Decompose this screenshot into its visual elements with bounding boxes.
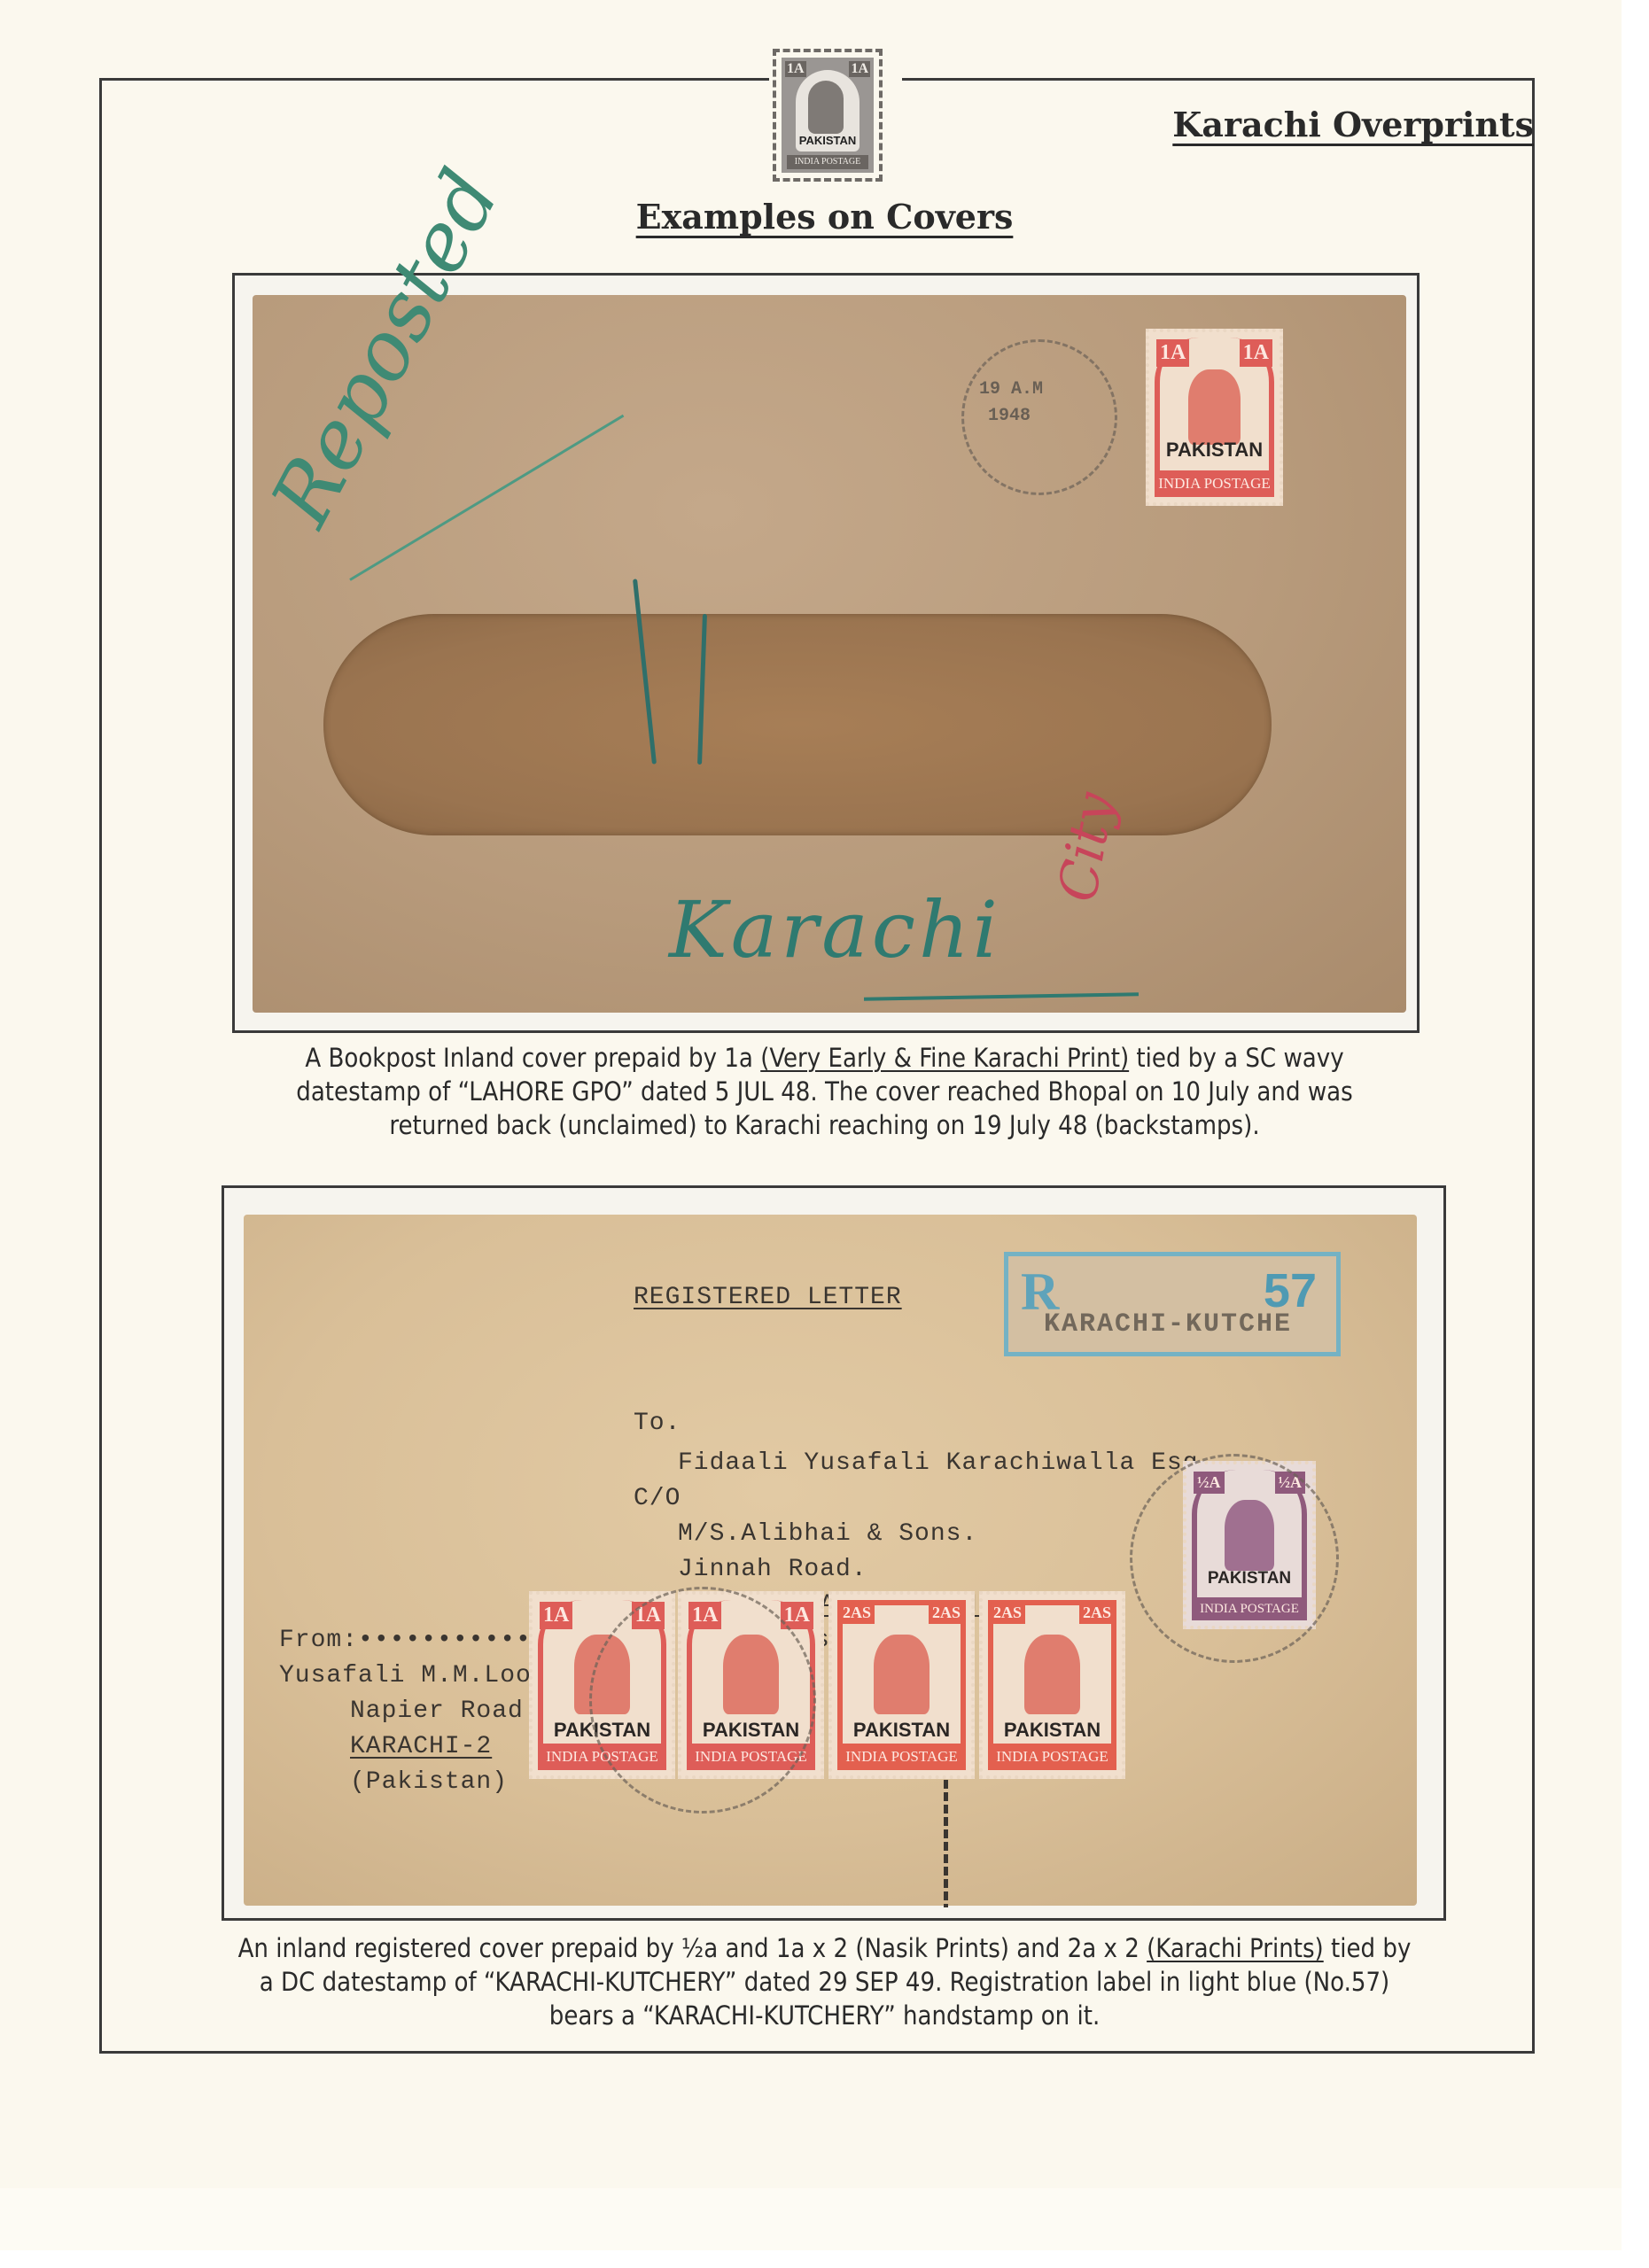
page-title: Karachi Overprints: [1172, 105, 1534, 144]
cover-1-caption: A Bookpost Inland cover prepaid by 1a (V…: [0, 1041, 1649, 1142]
envelope-window: [323, 614, 1272, 835]
registered-letter-heading: REGISTERED LETTER: [634, 1284, 902, 1311]
king-portrait-icon: [1024, 1635, 1080, 1714]
caption-text: An inland registered cover prepaid by ½a…: [238, 1933, 1147, 1963]
caption-underlined-text: (Very Early & Fine Karachi Print): [760, 1043, 1129, 1073]
caption-text: A Bookpost Inland cover prepaid by 1a: [305, 1043, 760, 1073]
page-bottom-edge: [0, 2188, 1622, 2250]
stamp-overprint: PAKISTAN: [983, 1719, 1122, 1742]
stamp-value: 1A: [1240, 339, 1272, 367]
care-of-label: C/O: [634, 1485, 681, 1512]
recipient-name: Fidaali Yusafali Karachiwalla Esq.: [678, 1449, 1214, 1477]
sender-address-line: Napier Road.: [350, 1697, 540, 1725]
postmark-circle: [589, 1587, 816, 1814]
stamp-value: 2AS: [1079, 1602, 1115, 1624]
stamp-label: INDIA POSTAGE: [1155, 470, 1274, 497]
cover-1-mount: Reposted Karachi City 19 A.M 1948 1A 1A …: [232, 273, 1420, 1033]
cover-2-caption: An inland registered cover prepaid by ½a…: [0, 1931, 1649, 2032]
handwritten-underline: [349, 415, 624, 581]
stamp-label: INDIA POSTAGE: [988, 1744, 1116, 1770]
cover-2-mount: REGISTERED LETTER R 57 KARACHI-KUTCHE To…: [222, 1185, 1446, 1921]
king-portrait-icon: [874, 1635, 930, 1714]
caption-underlined-text: (Karachi Prints): [1147, 1933, 1324, 1963]
cover-2-envelope: REGISTERED LETTER R 57 KARACHI-KUTCHE To…: [244, 1215, 1417, 1906]
king-portrait-icon: [1188, 369, 1241, 444]
stamp-value: 1A: [849, 61, 870, 77]
stamp-value: 2AS: [929, 1602, 964, 1624]
stamp-value: 1A: [1156, 339, 1189, 367]
stamp-1a: 1A 1A PAKISTAN INDIA POSTAGE: [1146, 329, 1283, 506]
header-stamp-image: 1A 1A PAKISTAN INDIA POSTAGE: [773, 49, 883, 182]
registration-label: R 57 KARACHI-KUTCHE: [1004, 1252, 1341, 1356]
stamp-overprint: PAKISTAN: [1149, 439, 1280, 462]
stamp-label: INDIA POSTAGE: [787, 155, 868, 169]
postmark-circle: [961, 339, 1117, 495]
stamp-value: 1A: [785, 61, 806, 77]
stamp-2as: 2AS 2AS PAKISTAN INDIA POSTAGE: [828, 1591, 975, 1779]
stamp-value: 2AS: [990, 1602, 1025, 1624]
sender-city: KARACHI-2: [350, 1733, 492, 1760]
stamp-2as: 2AS 2AS PAKISTAN INDIA POSTAGE: [979, 1591, 1125, 1779]
handwritten-underline: [864, 992, 1139, 1000]
handwritten-address: Karachi: [669, 884, 1001, 975]
recipient-address-line: Jinnah Road.: [678, 1556, 867, 1583]
postmark-circle: [1130, 1454, 1339, 1663]
postmark-text: 19 A.M: [979, 379, 1043, 400]
sender-country: (Pakistan): [350, 1768, 508, 1796]
from-label: From:: [279, 1627, 358, 1654]
stamp-overprint: PAKISTAN: [787, 134, 868, 147]
king-portrait-icon: [808, 81, 844, 134]
to-label: To.: [634, 1410, 681, 1437]
postmark-text: 1948: [988, 406, 1031, 426]
recipient-address-line: M/S.Alibhai & Sons.: [678, 1520, 977, 1548]
stamp-overprint: PAKISTAN: [832, 1719, 971, 1742]
page-subtitle: Examples on Covers: [0, 197, 1649, 237]
stamp-value: 1A: [540, 1602, 572, 1629]
cover-1-envelope: Reposted Karachi City 19 A.M 1948 1A 1A …: [253, 295, 1406, 1013]
stamp-value: 2AS: [839, 1602, 875, 1624]
stamp-label: INDIA POSTAGE: [837, 1744, 966, 1770]
registration-handstamp: KARACHI-KUTCHE: [1044, 1309, 1292, 1340]
